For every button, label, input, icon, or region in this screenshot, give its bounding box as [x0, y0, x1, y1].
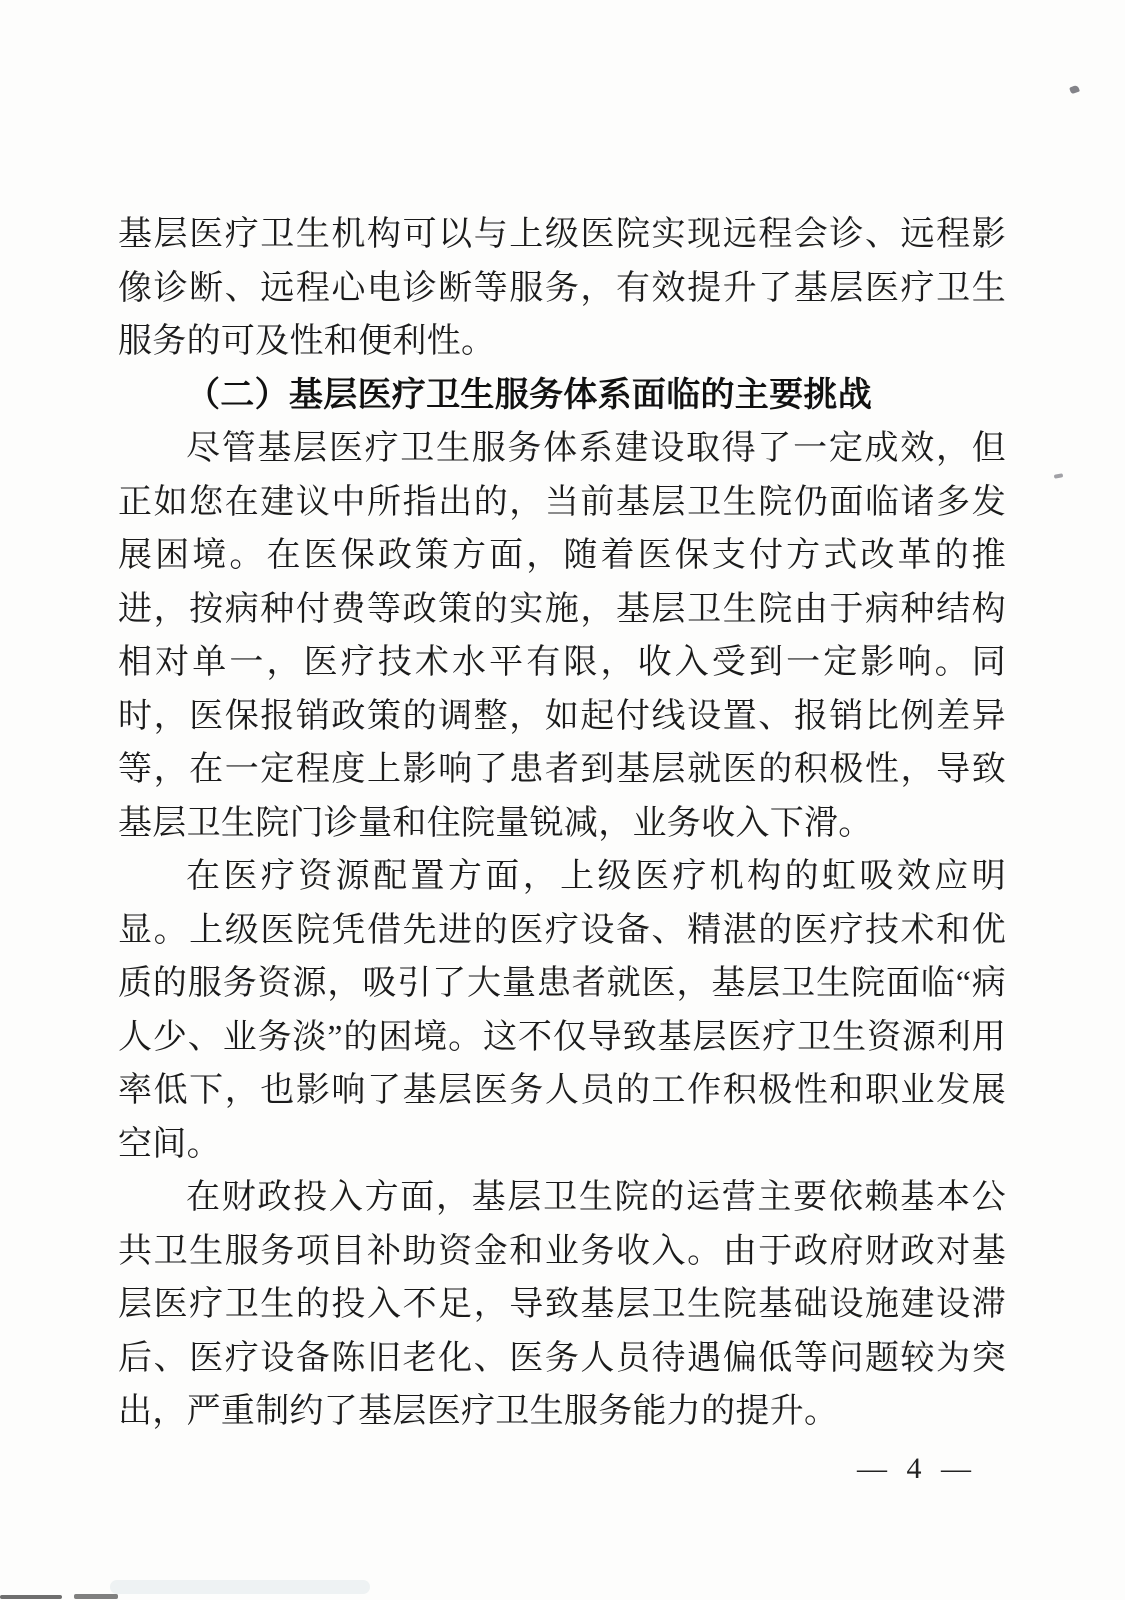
scan-smudge [110, 1580, 370, 1594]
section-heading: （二）基层医疗卫生服务体系面临的主要挑战 [118, 369, 1006, 423]
scan-smudge [0, 1595, 62, 1599]
scan-speck [1054, 473, 1064, 479]
scan-speck [1069, 85, 1080, 95]
document-body: 基层医疗卫生机构可以与上级医院实现远程会诊、远程影像诊断、远程心电诊断等服务，有… [118, 208, 1006, 1439]
body-paragraph: 在医疗资源配置方面，上级医疗机构的虹吸效应明显。上级医院凭借先进的医疗设备、精湛… [118, 850, 1006, 1171]
body-paragraph-continued: 基层医疗卫生机构可以与上级医院实现远程会诊、远程影像诊断、远程心电诊断等服务，有… [118, 208, 1006, 369]
scan-smudge [74, 1594, 118, 1599]
body-paragraph: 尽管基层医疗卫生服务体系建设取得了一定成效，但正如您在建议中所指出的，当前基层卫… [118, 422, 1006, 850]
page-number: — 4 — [857, 1452, 977, 1486]
scanned-document-page: 基层医疗卫生机构可以与上级医院实现远程会诊、远程影像诊断、远程心电诊断等服务，有… [0, 0, 1125, 1600]
body-paragraph: 在财政投入方面，基层卫生院的运营主要依赖基本公共卫生服务项目补助资金和业务收入。… [118, 1171, 1006, 1439]
